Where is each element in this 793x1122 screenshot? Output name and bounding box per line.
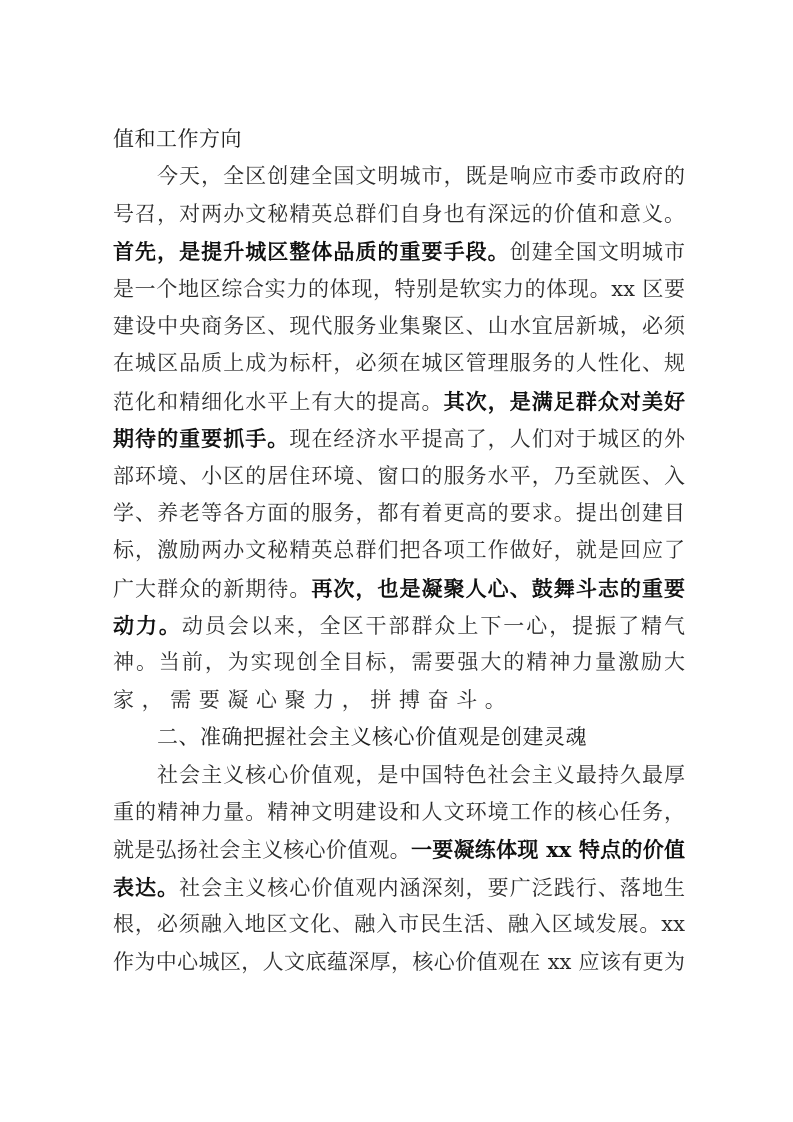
bold-key-point: 表达。 (113, 875, 179, 900)
paragraph-line: 广大群众的新期待。再次，也是凝聚人心、鼓舞斗志的重要 (113, 570, 685, 607)
bold-key-point: 动力。 (113, 613, 182, 638)
bold-key-point: 期待的重要抓手。 (113, 426, 289, 451)
text-run: 标，激励两办文秘精英总群们把各项工作做好，就是回应了 (113, 538, 685, 562)
paragraph-line: 作为中心城区，人文底蕴深厚，核心价值观在 xx 应该有更为 (113, 944, 685, 981)
bold-key-point: 再次，也是凝聚人心、鼓舞斗志的重要 (311, 576, 685, 601)
text-run: 今天，全区创建全国文明城市，既是响应市委市政府的 (157, 164, 685, 188)
heading-text: 二、准确把握社会主义核心价值观是创建灵魂 (157, 725, 587, 749)
text-run: 社会主义核心价值观，是中国特色社会主义最持久最厚 (157, 763, 685, 787)
text-run: 神。当前，为实现创全目标，需要强大的精神力量激励大 (113, 650, 685, 674)
paragraph-line: 号召，对两办文秘精英总群们自身也有深远的价值和意义。 (113, 196, 685, 233)
paragraph-line: 学、养老等各方面的服务，都有着更高的要求。提出创建目 (113, 495, 685, 532)
paragraph-line: 表达。社会主义核心价值观内涵深刻，要广泛践行、落地生 (113, 869, 685, 906)
text-run: 在城区品质上成为标杆，必须在城区管理服务的人性化、规 (113, 351, 685, 375)
bold-key-point: 首先，是提升城区整体品质的重要手段。 (113, 239, 510, 264)
text-run: 范化和精细化水平上有大的提高。 (113, 390, 444, 414)
paragraph-line: 家，需要凝心聚力，拼搏奋斗。 (113, 682, 685, 719)
text-run: 广大群众的新期待。 (113, 577, 311, 601)
text-run: 建设中央商务区、现代服务业集聚区、山水宜居新城，必须 (113, 314, 685, 338)
document-page: 值和工作方向 今天，全区创建全国文明城市，既是响应市委市政府的 号召，对两办文秘… (113, 121, 685, 981)
paragraph-line: 根，必须融入地区文化、融入市民生活、融入区域发展。xx (113, 906, 685, 943)
text-run: 社会主义核心价值观内涵深刻，要广泛践行、落地生 (179, 876, 685, 900)
text-run: 号召，对两办文秘精英总群们自身也有深远的价值和意义。 (113, 202, 685, 226)
text-run: 家，需要凝心聚力，拼搏奋斗。 (113, 688, 513, 712)
text-run: 是一个地区综合实力的体现，特别是软实力的体现。xx 区要 (113, 277, 685, 301)
paragraph-line: 社会主义核心价值观，是中国特色社会主义最持久最厚 (113, 757, 685, 794)
paragraph-line: 首先，是提升城区整体品质的重要手段。创建全国文明城市 (113, 233, 685, 270)
paragraph-line: 范化和精细化水平上有大的提高。其次，是满足群众对美好 (113, 383, 685, 420)
bold-key-point: 其次，是满足群众对美好 (444, 389, 685, 414)
paragraph-line: 今天，全区创建全国文明城市，既是响应市委市政府的 (113, 158, 685, 195)
text-run: 学、养老等各方面的服务，都有着更高的要求。提出创建目 (113, 501, 685, 525)
paragraph-line: 是一个地区综合实力的体现，特别是软实力的体现。xx 区要 (113, 271, 685, 308)
paragraph-line: 就是弘扬社会主义核心价值观。一要凝练体现 xx 特点的价值 (113, 831, 685, 868)
text-run: 作为中心城区，人文底蕴深厚，核心价值观在 xx 应该有更为 (113, 950, 685, 974)
text-run: 部环境、小区的居住环境、窗口的服务水平，乃至就医、入 (113, 464, 685, 488)
paragraph-line: 建设中央商务区、现代服务业集聚区、山水宜居新城，必须 (113, 308, 685, 345)
heading-continuation: 值和工作方向 (113, 121, 685, 158)
text-run: 根，必须融入地区文化、融入市民生活、融入区域发展。xx (113, 912, 685, 936)
text-run: 动员会以来，全区干部群众上下一心，提振了精气 (182, 614, 685, 638)
paragraph-line: 标，激励两办文秘精英总群们把各项工作做好，就是回应了 (113, 532, 685, 569)
bold-key-point: 一要凝练体现 xx 特点的价值 (411, 837, 685, 862)
paragraph-line: 部环境、小区的居住环境、窗口的服务水平，乃至就医、入 (113, 458, 685, 495)
text-run: 就是弘扬社会主义核心价值观。 (113, 838, 411, 862)
text-run: 值和工作方向 (113, 127, 242, 151)
paragraph-line: 动力。动员会以来，全区干部群众上下一心，提振了精气 (113, 607, 685, 644)
paragraph-line: 在城区品质上成为标杆，必须在城区管理服务的人性化、规 (113, 345, 685, 382)
text-run: 现在经济水平提高了，人们对于城区的外 (289, 427, 685, 451)
section-heading: 二、准确把握社会主义核心价值观是创建灵魂 (113, 719, 685, 756)
paragraph-line: 神。当前，为实现创全目标，需要强大的精神力量激励大 (113, 644, 685, 681)
paragraph-line: 重的精神力量。精神文明建设和人文环境工作的核心任务， (113, 794, 685, 831)
text-run: 创建全国文明城市 (510, 240, 685, 264)
text-run: 重的精神力量。精神文明建设和人文环境工作的核心任务， (113, 800, 685, 824)
paragraph-line: 期待的重要抓手。现在经济水平提高了，人们对于城区的外 (113, 420, 685, 457)
